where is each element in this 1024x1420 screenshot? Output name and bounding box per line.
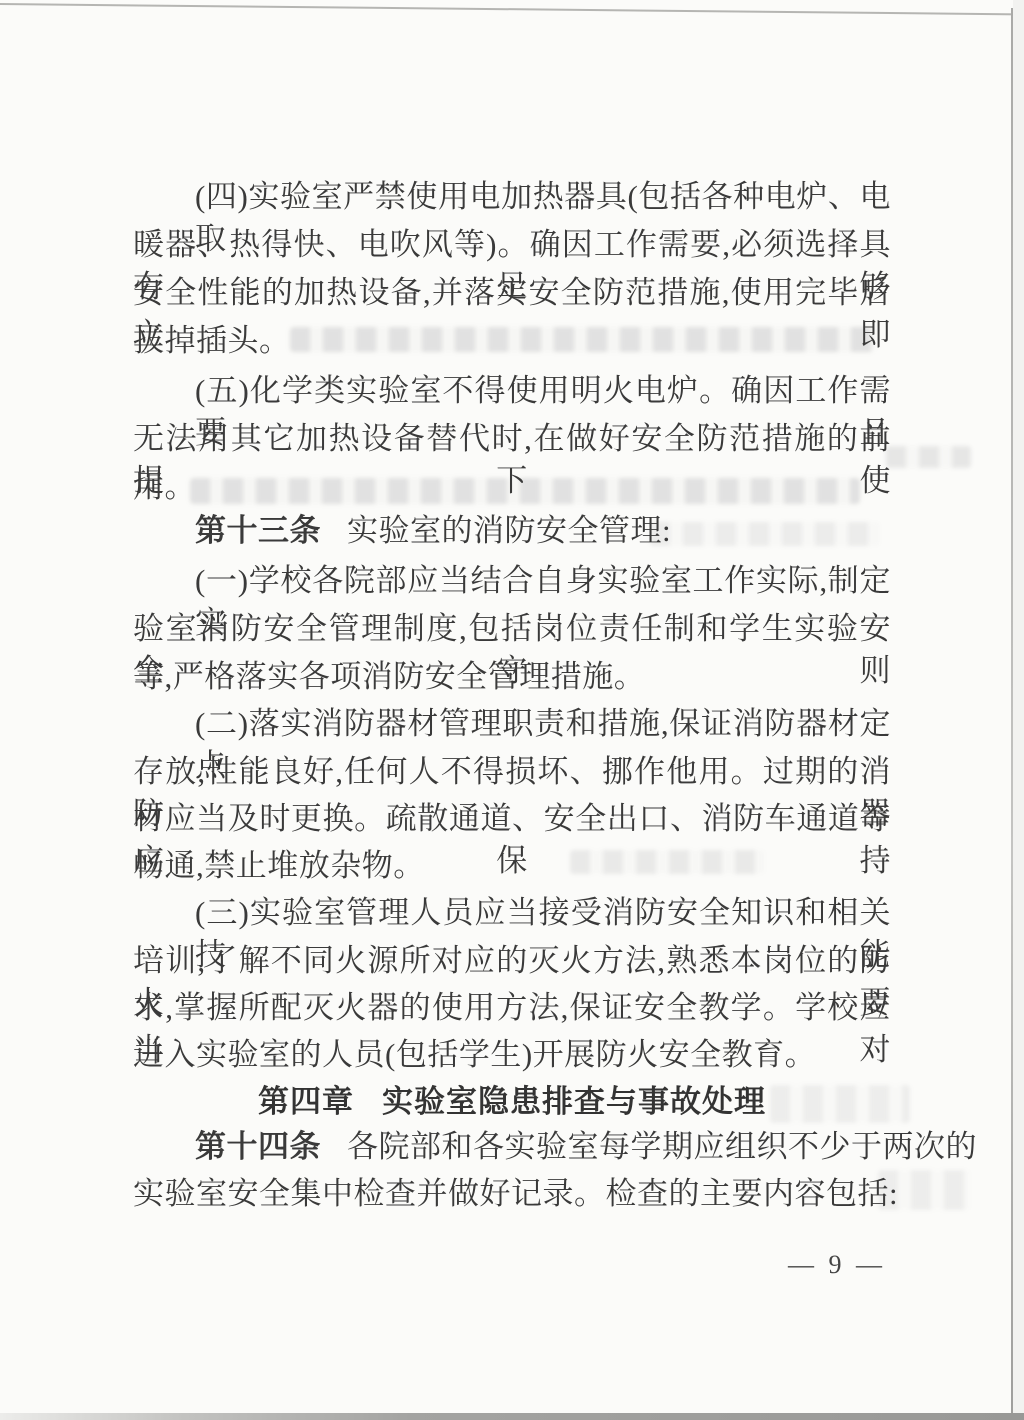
text-line: (一)学校各院部应当结合自身实验室工作实际,制定实 <box>133 560 891 604</box>
text-line: 无法用其它加热设备替代时,在做好安全防范措施的前提下使 <box>133 418 891 462</box>
bleed-through-smudge <box>886 446 971 468</box>
text-line: 培训,了解不同火源所对应的灭火方法,熟悉本岗位的防火要 <box>133 940 891 984</box>
chapter-4-heading: 第四章实验室隐患排查与事故处理 <box>133 1081 891 1125</box>
text-line: 拔掉插头。 <box>133 320 891 364</box>
text-line: (四)实验室严禁使用电加热器具(包括各种电炉、电取 <box>133 176 891 220</box>
article-13-number: 第十三条 <box>195 513 321 548</box>
chapter-4-number: 第四章 <box>258 1084 354 1119</box>
article-13-heading: 第十三条实验室的消防安全管理: <box>133 510 891 554</box>
text-line: (三)实验室管理人员应当接受消防安全知识和相关技能 <box>133 892 891 936</box>
article-14-number: 第十四条 <box>195 1129 321 1164</box>
article-13-title: 实验室的消防安全管理: <box>347 513 671 548</box>
text-line: 实验室安全集中检查并做好记录。检查的主要内容包括: <box>133 1173 891 1217</box>
text-line: 材应当及时更换。疏散通道、安全出口、消防车通道等应保持 <box>133 798 891 842</box>
page-edge-top <box>0 3 1018 15</box>
page-edge-bottom <box>0 1413 1024 1420</box>
text-line: 等,严格落实各项消防安全管理措施。 <box>133 656 891 700</box>
page-edge-right <box>1011 8 1013 1420</box>
text-line: 用。 <box>133 466 891 510</box>
text-line: (五)化学类实验室不得使用明火电炉。确因工作需要且 <box>133 370 891 414</box>
chapter-4-title: 实验室隐患排查与事故处理 <box>382 1084 766 1119</box>
text-line: 存放,性能良好,任何人不得损坏、挪作他用。过期的消防器 <box>133 751 891 795</box>
scanned-document-page: (四)实验室严禁使用电加热器具(包括各种电炉、电取 暖器、热得快、电吹风等)。确… <box>0 0 1024 1420</box>
text-line: (二)落实消防器材管理职责和措施,保证消防器材定点 <box>133 703 891 747</box>
scanner-background-right <box>1013 0 1024 1420</box>
article-14-heading: 第十四条各院部和各实验室每学期应组织不少于两次的 <box>133 1126 891 1170</box>
text-line: 暖器、热得快、电吹风等)。确因工作需要,必须选择具有足够 <box>133 224 891 268</box>
page-number: — 9 — <box>788 1250 886 1280</box>
text-line: 进入实验室的人员(包括学生)开展防火安全教育。 <box>133 1034 891 1078</box>
text-line: 安全性能的加热设备,并落实安全防范措施,使用完毕后立即 <box>133 272 891 316</box>
article-14-text: 各院部和各实验室每学期应组织不少于两次的 <box>347 1129 977 1164</box>
text-line: 求,掌握所配灭火器的使用方法,保证安全教学。学校应当对 <box>133 987 891 1031</box>
text-line: 验室消防安全管理制度,包括岗位责任制和学生实验安全守则 <box>133 608 891 652</box>
text-line: 畅通,禁止堆放杂物。 <box>133 845 891 889</box>
